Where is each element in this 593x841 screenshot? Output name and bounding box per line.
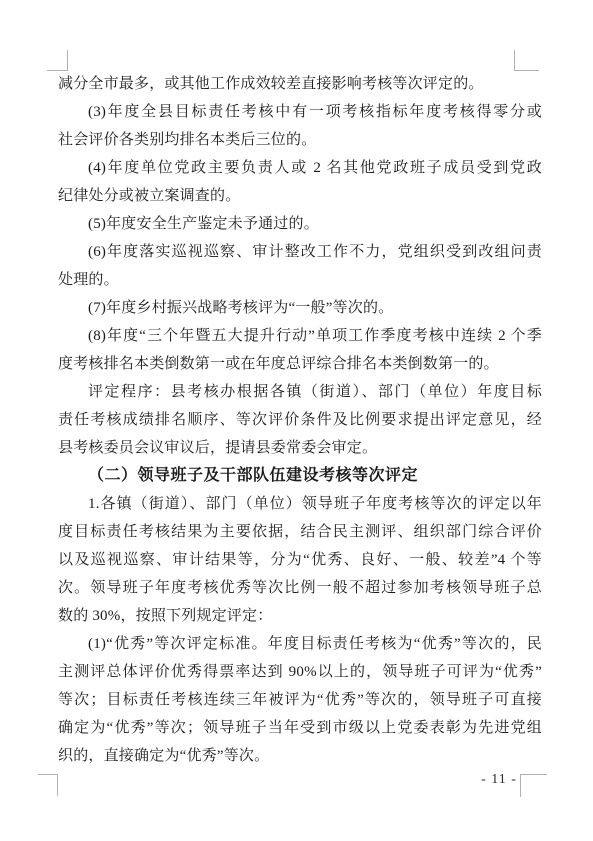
crop-mark-top-left (47, 50, 68, 71)
document-page: 减分全市最多，或其他工作成效较差直接影响考核等次评定的。 (3)年度全县目标责任… (0, 0, 593, 841)
text-line: 1.各镇（街道）、部门（单位）领导班子年度考核等次的评定以年 (58, 490, 542, 518)
section-heading: （二）领导班子及干部队伍建设考核等次评定 (58, 462, 542, 490)
document-body: 减分全市最多，或其他工作成效较差直接影响考核等次评定的。 (3)年度全县目标责任… (58, 70, 542, 770)
text-line: (7)年度乡村振兴战略考核评为“一般”等次的。 (58, 294, 542, 322)
text-line: 以及巡视巡察、审计结果等，分为“优秀、良好、一般、较差”4 个等 (58, 546, 542, 574)
page-number: - 11 - (468, 772, 530, 788)
crop-mark-bottom-left (38, 774, 58, 796)
text-line: 社会评价各类别均排名本类后三位的。 (58, 126, 542, 154)
text-line: (3)年度全县目标责任考核中有一项考核指标年度考核得零分或 (58, 98, 542, 126)
text-line: 减分全市最多，或其他工作成效较差直接影响考核等次评定的。 (58, 70, 542, 98)
text-line: 评定程序：县考核办根据各镇（街道）、部门（单位）年度目标 (58, 378, 542, 406)
text-line: 等次；目标责任考核连续三年被评为“优秀”等次的，领导班子可直接 (58, 686, 542, 714)
text-line: (1)“优秀”等次评定标准。年度目标责任考核为“优秀”等次的，民 (58, 630, 542, 658)
text-line: (8)年度“三个年暨五大提升行动”单项工作季度考核中连续 2 个季 (58, 322, 542, 350)
text-line: (5)年度安全生产鉴定未予通过的。 (58, 210, 542, 238)
text-line: (6)年度落实巡视巡察、审计整改工作不力，党组织受到改组问责 (58, 238, 542, 266)
text-line: 次。领导班子年度考核优秀等次比例一般不超过参加考核领导班子总 (58, 574, 542, 602)
text-line: 度考核排名本类倒数第一或在年度总评综合排名本类倒数第一的。 (58, 350, 542, 378)
text-line: 数的 30%，按照下列规定评定： (58, 602, 542, 630)
text-line: 度目标责任考核结果为主要依据，结合民主测评、组织部门综合评价 (58, 518, 542, 546)
text-line: (4)年度单位党政主要负责人或 2 名其他党政班子成员受到党政 (58, 154, 542, 182)
text-line: 处理的。 (58, 266, 542, 294)
text-line: 责任考核成绩排名顺序、等次评价条件及比例要求提出评定意见，经 (58, 406, 542, 434)
text-line: 县考核委员会议审议后，提请县委常委会审定。 (58, 434, 542, 462)
crop-mark-top-right (514, 50, 539, 71)
text-line: 确定为“优秀”等次；领导班子当年受到市级以上党委表彰为先进党组 (58, 714, 542, 742)
text-line: 纪律处分或被立案调查的。 (58, 182, 542, 210)
text-line: 主测评总体评价优秀得票率达到 90%以上的，领导班子可评为“优秀” (58, 658, 542, 686)
text-line: 织的，直接确定为“优秀”等次。 (58, 742, 542, 770)
